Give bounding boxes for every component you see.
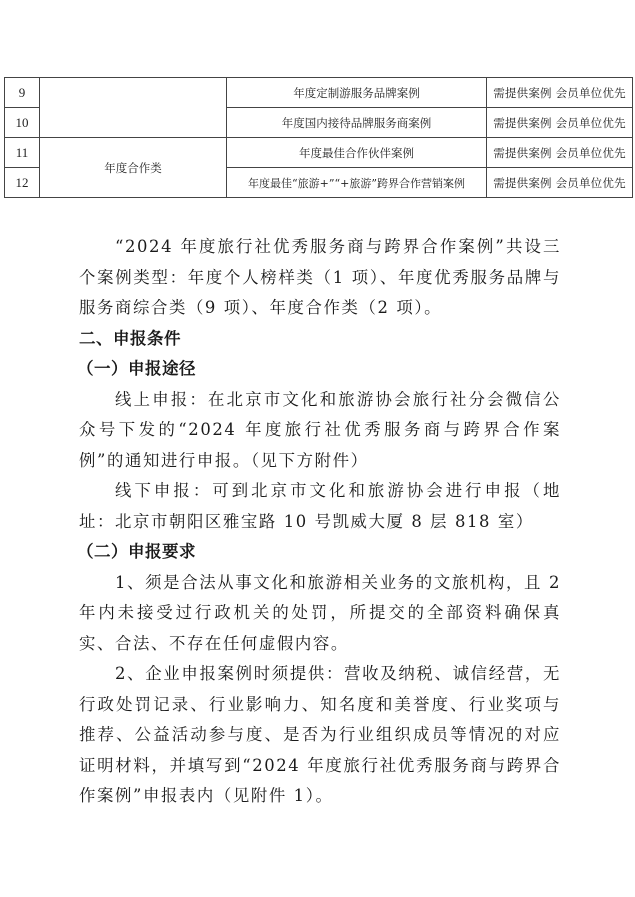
requirement-cell: 需提供案例 会员单位优先 xyxy=(487,108,633,138)
subsection-heading-channels: （一）申报途径 xyxy=(77,354,561,385)
row-number: 10 xyxy=(5,108,40,138)
category-cell: 年度合作类 xyxy=(40,138,227,198)
table-row: 11 年度合作类 年度最佳合作伙伴案例 需提供案例 会员单位优先 xyxy=(5,138,633,168)
requirement-cell: 需提供案例 会员单位优先 xyxy=(487,138,633,168)
case-name-cell: 年度国内接待品牌服务商案例 xyxy=(227,108,487,138)
case-name-cell: 年度定制游服务品牌案例 xyxy=(227,78,487,108)
row-number: 9 xyxy=(5,78,40,108)
case-name-cell: 年度最佳“旅游+”“+旅游”跨界合作营销案例 xyxy=(227,168,487,198)
row-number: 11 xyxy=(5,138,40,168)
requirement-cell: 需提供案例 会员单位优先 xyxy=(487,78,633,108)
case-name-cell: 年度最佳合作伙伴案例 xyxy=(227,138,487,168)
requirement-cell: 需提供案例 会员单位优先 xyxy=(487,168,633,198)
section-heading-conditions: 二、申报条件 xyxy=(79,324,561,355)
category-cell xyxy=(40,78,227,138)
case-table: 9 年度定制游服务品牌案例 需提供案例 会员单位优先 10 年度国内接待品牌服务… xyxy=(4,77,633,198)
subsection-heading-requirements: （二）申报要求 xyxy=(77,537,561,568)
requirement-2-paragraph: 2、企业申报案例时须提供：营收及纳税、诚信经营，无行政处罚记录、行业影响力、知名… xyxy=(79,659,561,812)
requirement-1-paragraph: 1、须是合法从事文化和旅游相关业务的文旅机构，且 2 年内未接受过行政机关的处罚… xyxy=(79,568,561,660)
document-body: “2024 年度旅行社优秀服务商与跨界合作案例”共设三个案例类型：年度个人榜样类… xyxy=(79,232,561,812)
intro-paragraph: “2024 年度旅行社优秀服务商与跨界合作案例”共设三个案例类型：年度个人榜样类… xyxy=(79,232,561,324)
online-application-paragraph: 线上申报：在北京市文化和旅游协会旅行社分会微信公众号下发的“2024 年度旅行社… xyxy=(79,385,561,477)
table-row: 9 年度定制游服务品牌案例 需提供案例 会员单位优先 xyxy=(5,78,633,108)
row-number: 12 xyxy=(5,168,40,198)
offline-application-paragraph: 线下申报：可到北京市文化和旅游协会进行申报（地址：北京市朝阳区雅宝路 10 号凯… xyxy=(79,476,561,537)
